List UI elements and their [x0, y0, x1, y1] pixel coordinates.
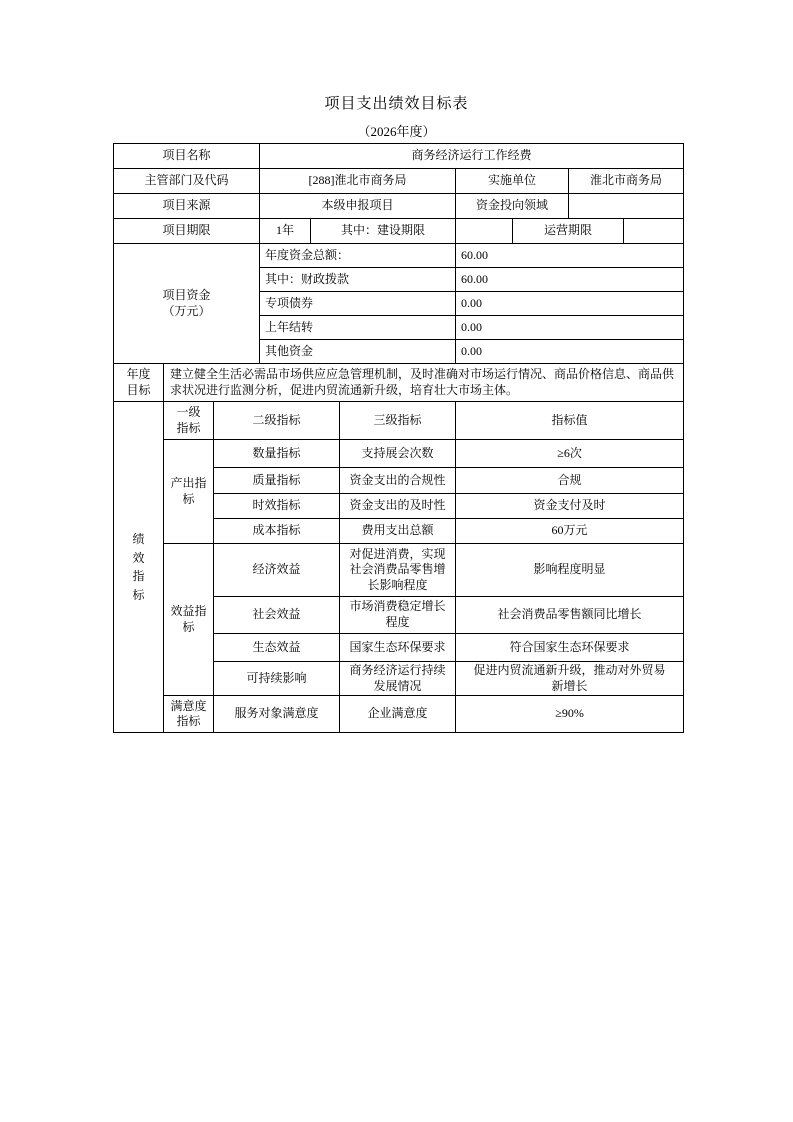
- indicator-value: 符合国家生态环保要求: [456, 634, 684, 662]
- table-row-project-name: 项目名称 商务经济运行工作经费: [114, 144, 684, 169]
- header-value: 指标值: [456, 402, 684, 440]
- document-page: 项目支出绩效目标表 （2026年度） 项目名称 商务经济运行工作经费 主管部门及…: [0, 0, 793, 1122]
- group-satisfaction-label: 满意度 指标: [164, 696, 214, 733]
- indicator-value: 促进内贸流通新升级，推动对外贸易 新增长: [456, 662, 684, 696]
- indicator-level2: 经济效益: [214, 544, 340, 597]
- indicator-value: 合规: [456, 468, 684, 494]
- impl-unit-value: 淮北市商务局: [569, 169, 684, 194]
- table-row-department: 主管部门及代码 [288]淮北市商务局 实施单位 淮北市商务局: [114, 169, 684, 194]
- indicator-level3: 支持展会次数: [340, 440, 456, 468]
- document-title: 项目支出绩效目标表: [0, 92, 793, 113]
- annual-goal-label: 年度 目标: [114, 364, 164, 402]
- table-row-period: 项目期限 1年 其中：建设期限 运营期限: [114, 219, 684, 244]
- table-row-indicator: 效益指 标 经济效益 对促进消费，实现 社会消费品零售增 长影响程度 影响程度明…: [114, 544, 684, 597]
- build-period-value: [456, 219, 513, 244]
- indicator-level3: 国家生态环保要求: [340, 634, 456, 662]
- indicator-level2: 时效指标: [214, 494, 340, 519]
- indicator-level3: 费用支出总额: [340, 519, 456, 544]
- operate-period-label: 运营期限: [513, 219, 624, 244]
- indicator-level3: 商务经济运行持续 发展情况: [340, 662, 456, 696]
- indicators-side-label: 绩 效 指 标: [114, 402, 164, 733]
- indicator-level3: 资金支出的及时性: [340, 494, 456, 519]
- project-name-label: 项目名称: [114, 144, 260, 169]
- indicator-value: 60万元: [456, 519, 684, 544]
- dept-label: 主管部门及代码: [114, 169, 260, 194]
- table-row-fund-total: 项目资金 （万元） 年度资金总额： 60.00: [114, 244, 684, 268]
- indicator-value: 资金支付及时: [456, 494, 684, 519]
- indicator-value: ≥90%: [456, 696, 684, 733]
- build-period-label: 其中：建设期限: [311, 219, 456, 244]
- indicator-value: ≥6次: [456, 440, 684, 468]
- fund-direction-value: [569, 194, 684, 219]
- table-row-source: 项目来源 本级申报项目 资金投向领域: [114, 194, 684, 219]
- operate-period-value: [624, 219, 684, 244]
- dept-value: [288]淮北市商务局: [260, 169, 456, 194]
- indicator-level2: 服务对象满意度: [214, 696, 340, 733]
- indicator-level2: 可持续影响: [214, 662, 340, 696]
- indicator-level2: 质量指标: [214, 468, 340, 494]
- table-row-indicator-header: 绩 效 指 标 一级 指标 二级指标 三级指标 指标值: [114, 402, 684, 440]
- indicator-value: 社会消费品零售额同比增长: [456, 597, 684, 634]
- fund-row-label: 年度资金总额：: [260, 244, 456, 268]
- header-level1: 一级 指标: [164, 402, 214, 440]
- group-output-label: 产出指 标: [164, 440, 214, 544]
- fund-row-value: 0.00: [456, 340, 684, 364]
- indicator-value: 影响程度明显: [456, 544, 684, 597]
- table-row-indicator: 产出指 标 数量指标 支持展会次数 ≥6次: [114, 440, 684, 468]
- fund-row-value: 60.00: [456, 244, 684, 268]
- fund-row-value: 0.00: [456, 292, 684, 316]
- fund-direction-label: 资金投向领域: [456, 194, 569, 219]
- indicator-level3: 资金支出的合规性: [340, 468, 456, 494]
- document-subtitle: （2026年度）: [0, 121, 793, 140]
- fund-row-value: 60.00: [456, 268, 684, 292]
- fund-row-label: 上年结转: [260, 316, 456, 340]
- annual-goal-text: 建立健全生活必需品市场供应应急管理机制，及时准确对市场运行情况、商品价格信息、商…: [164, 364, 684, 402]
- indicator-level3: 企业满意度: [340, 696, 456, 733]
- group-benefit-label: 效益指 标: [164, 544, 214, 696]
- fund-row-label: 专项债券: [260, 292, 456, 316]
- indicator-level2: 社会效益: [214, 597, 340, 634]
- performance-target-table: 项目名称 商务经济运行工作经费 主管部门及代码 [288]淮北市商务局 实施单位…: [113, 143, 684, 733]
- indicator-level2: 数量指标: [214, 440, 340, 468]
- period-value: 1年: [260, 219, 311, 244]
- table-row-indicator: 满意度 指标 服务对象满意度 企业满意度 ≥90%: [114, 696, 684, 733]
- indicator-level2: 成本指标: [214, 519, 340, 544]
- funds-label: 项目资金 （万元）: [114, 244, 260, 364]
- source-label: 项目来源: [114, 194, 260, 219]
- table-row-annual-goal: 年度 目标 建立健全生活必需品市场供应应急管理机制，及时准确对市场运行情况、商品…: [114, 364, 684, 402]
- header-level2: 二级指标: [214, 402, 340, 440]
- period-label: 项目期限: [114, 219, 260, 244]
- indicator-level3: 对促进消费，实现 社会消费品零售增 长影响程度: [340, 544, 456, 597]
- impl-unit-label: 实施单位: [456, 169, 569, 194]
- source-value: 本级申报项目: [260, 194, 456, 219]
- indicator-level3: 市场消费稳定增长 程度: [340, 597, 456, 634]
- fund-row-value: 0.00: [456, 316, 684, 340]
- indicator-level2: 生态效益: [214, 634, 340, 662]
- header-level3: 三级指标: [340, 402, 456, 440]
- project-name-value: 商务经济运行工作经费: [260, 144, 684, 169]
- fund-row-label: 其他资金: [260, 340, 456, 364]
- fund-row-label: 其中：财政拨款: [260, 268, 456, 292]
